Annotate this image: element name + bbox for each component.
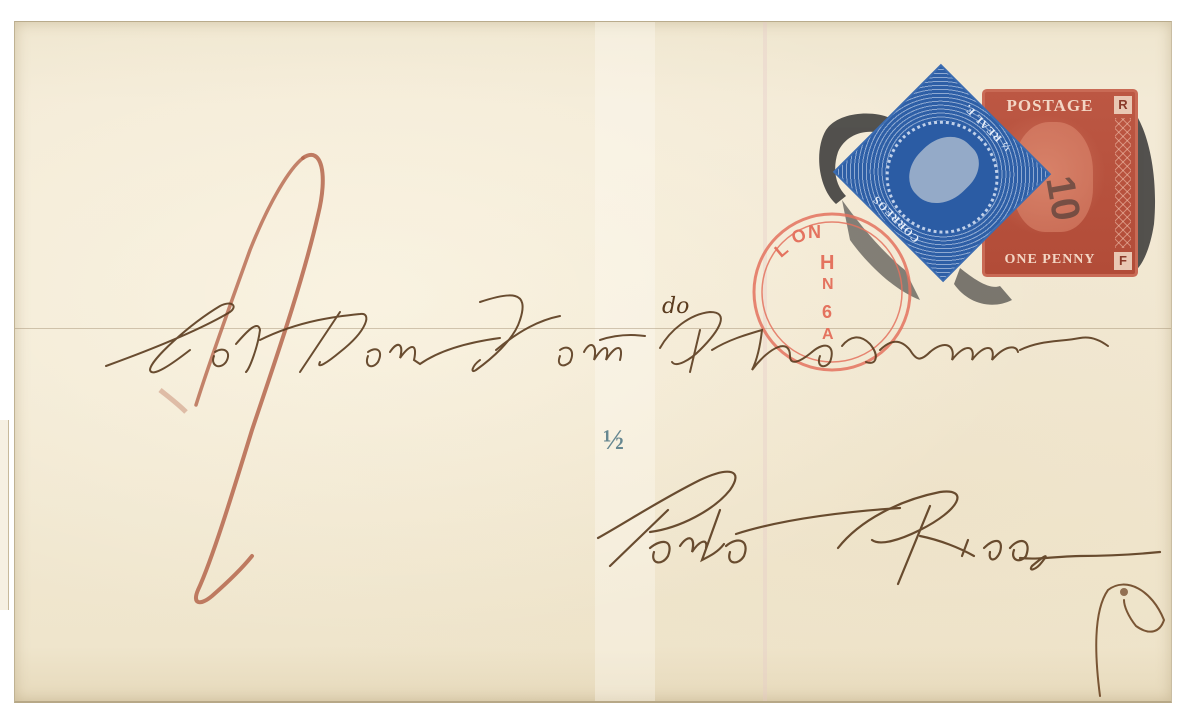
rate-marking: 2 (0, 0, 1, 1)
horizontal-fold-line (15, 328, 1171, 329)
postmark-hour: H (820, 252, 834, 275)
address-superscript: do (662, 294, 689, 319)
cancel-number: 10 (1036, 173, 1088, 225)
left-flap-edge (0, 420, 9, 610)
postmark-month: N (822, 276, 834, 294)
stamp-corner-letter: F (1114, 252, 1132, 270)
stamp-corner-letter: R (1114, 96, 1132, 114)
postmark-day: 6 (822, 302, 832, 323)
address-line-1-surname: Chavarri (0, 0, 1, 1)
address-line-1-prefix: Sor Don Rom (0, 0, 1, 1)
paper-light-band (595, 22, 655, 701)
stamp-bottom-label: ONE PENNY (989, 252, 1111, 270)
address-line-2: Porto Rico (0, 0, 1, 1)
paper-pink-crease (763, 22, 767, 701)
blue-handstamp: ½ (603, 428, 624, 454)
stamp-side-border (1115, 118, 1131, 248)
postmark-letter: N (808, 222, 821, 243)
postmark-year: A (822, 326, 834, 344)
stamp-top-label: POSTAGE (989, 96, 1111, 116)
